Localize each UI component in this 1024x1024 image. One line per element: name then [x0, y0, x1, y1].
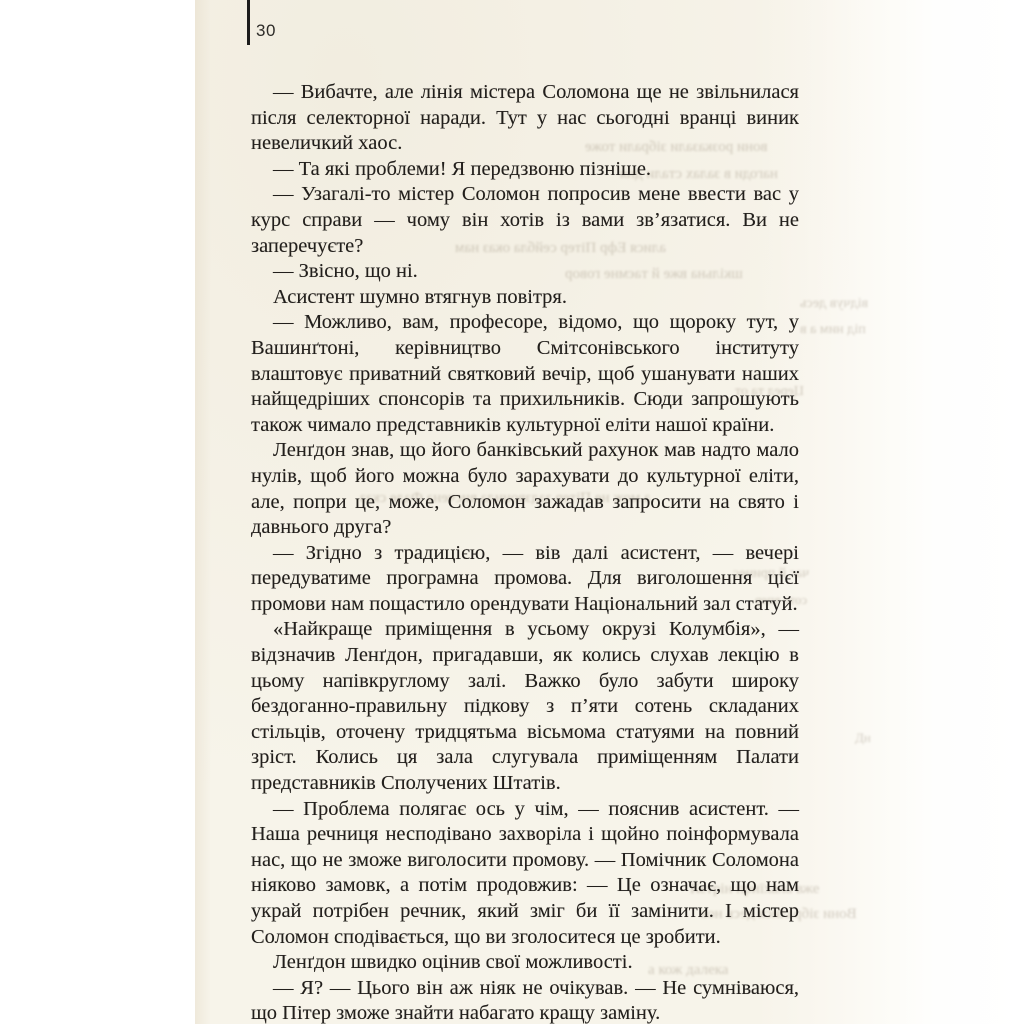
scanned-book-page-canvas: { "page": { "number": "30" }, "paragraph… [0, 0, 1024, 1024]
bleed-through-text: відчув десь [800, 296, 868, 312]
paragraph: — Я? — Цього він аж ніяк не очікував. — … [251, 976, 799, 1024]
paragraph: — Можливо, вам, професоре, відомо, що що… [251, 310, 799, 438]
paragraph: — Звісно, що ні. [251, 259, 799, 285]
paragraph: Ленґдон знав, що його банківський рахуно… [251, 438, 799, 540]
bleed-through-text: Дн [855, 730, 871, 746]
paragraph: — Вибачте, але лінія містера Соломона ще… [251, 80, 799, 157]
text-column: — Вибачте, але лінія містера Соломона ще… [251, 80, 799, 1024]
paragraph: — Згідно з традицією, — вів далі асистен… [251, 541, 799, 618]
paragraph: Асистент шумно втягнув повітря. [251, 285, 799, 311]
paragraph: «Найкраще приміщення в усьому окрузі Кол… [251, 617, 799, 796]
page-number: 30 [256, 21, 276, 41]
paragraph: — Узагалі-то містер Соломон попросив мен… [251, 182, 799, 259]
paragraph: — Проблема полягає ось у чім, — пояснив … [251, 797, 799, 951]
paragraph: — Та які проблеми! Я передзвоню пізніше. [251, 157, 799, 183]
paragraph: Ленґдон швидко оцінив свої можливості. [251, 950, 799, 976]
bleed-through-text: під ним а в [800, 322, 866, 338]
margin-rule [247, 0, 250, 45]
